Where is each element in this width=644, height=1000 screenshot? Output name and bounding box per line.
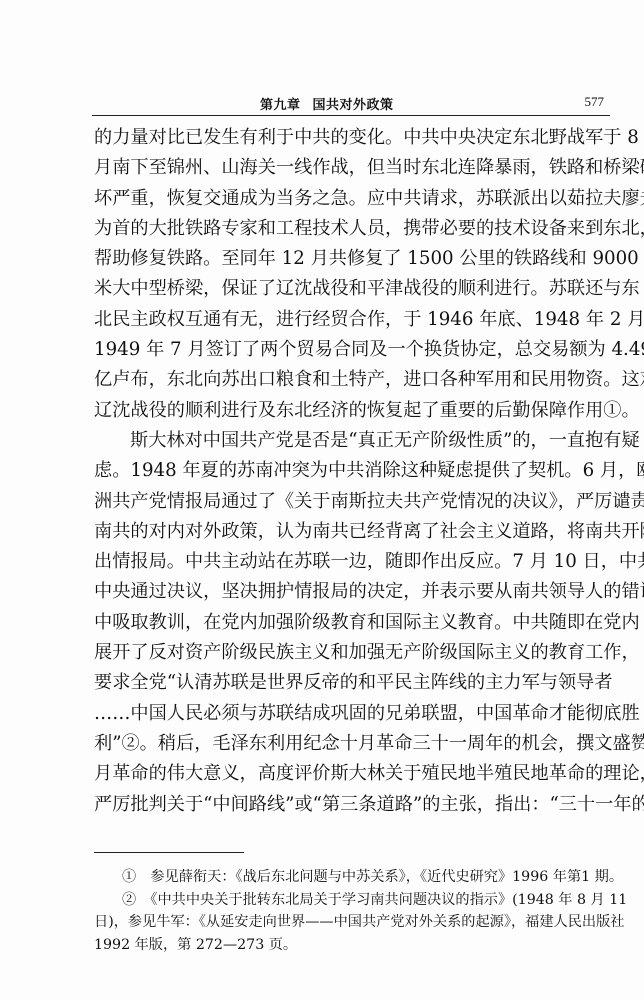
text-line: 月革命的伟大意义，高度评价斯大林关于殖民地半殖民地革命的理论， [94,759,610,789]
text-line: 的力量对比已发生有利于中共的变化。中共中央决定东北野战军于 8 [94,123,610,153]
footnote-rule [94,852,244,853]
chapter-number: 第九章 [260,98,301,113]
text-line: 展开了反对资产阶级民族主义和加强无产阶级国际主义的教育工作， [94,638,610,668]
text-line: 南共的对内对外政策，认为南共已经背离了社会主义道路，将南共开除 [94,517,610,547]
paragraph: 斯大林对中国共产党是否是“真正无产阶级性质”的，一直抱有疑虑。1948 年夏的苏… [94,426,610,820]
text-line: 为首的大批铁路专家和工程技术人员，携带必要的技术设备来到东北， [94,214,610,244]
text-line: 虑。1948 年夏的苏南冲突为中共消除这种疑虑提供了契机。6 月，欧 [94,456,610,486]
text-line: 帮助修复铁路。至同年 12 月共修复了 1500 公里的铁路线和 9000 多 [94,244,610,274]
text-line: 米大中型桥梁，保证了辽沈战役和平津战役的顺利进行。苏联还与东 [94,274,610,304]
chapter-title: 第九章国共对外政策 [260,94,394,113]
text-line: 出情报局。中共主动站在苏联一边，随即作出反应。7 月 10 日，中共 [94,547,610,577]
text-line: ……中国人民必须与苏联结成巩固的兄弟联盟，中国革命才能彻底胜 [94,699,610,729]
body-text: 的力量对比已发生有利于中共的变化。中共中央决定东北野战军于 8月南下至锦州、山海… [94,123,610,820]
text-line: 辽沈战役的顺利进行及东北经济的恢复起了重要的后勤保障作用①。 [94,396,610,426]
text-line: 中央通过决议，坚决拥护情报局的决定，并表示要从南共领导人的错误 [94,577,610,607]
chapter-name: 国共对外政策 [313,98,394,113]
footnote-line: 1992 年版，第 272—273 页。 [94,934,610,957]
header-rule [92,115,610,116]
footnotes: ① 参见薛衔天：《战后东北问题与中苏关系》，《近代史研究》1996 年第1 期。… [94,866,610,956]
text-line: 亿卢布，东北向苏出口粮食和土特产，进口各种军用和民用物资。这对 [94,365,610,395]
footnote: ② 《中共中央关于批转东北局关于学习南共问题决议的指示》(1948 年 8 月 … [94,889,610,957]
text-line: 坏严重，恢复交通成为当务之急。应中共请求，苏联派出以茹拉夫廖夫 [94,184,610,214]
text-line: 要求全党“认清苏联是世界反帝的和平民主阵线的主力军与领导者 [94,668,610,698]
running-head: 第九章国共对外政策 577 [94,92,608,114]
paragraph: 的力量对比已发生有利于中共的变化。中共中央决定东北野战军于 8月南下至锦州、山海… [94,123,610,426]
text-line: 洲共产党情报局通过了《关于南斯拉夫共产党情况的决议》，严厉谴责 [94,487,610,517]
footnote-line: 日)，参见牛军：《从延安走向世界——中国共产党对外关系的起源》，福建人民出版社 [94,911,610,934]
footnote-line: ① 参见薛衔天：《战后东北问题与中苏关系》，《近代史研究》1996 年第1 期。 [94,866,610,889]
page-number: 577 [585,94,605,110]
text-line: 月南下至锦州、山海关一线作战，但当时东北连降暴雨，铁路和桥梁破 [94,153,610,183]
book-page: 第九章国共对外政策 577 的力量对比已发生有利于中共的变化。中共中央决定东北野… [0,0,644,1000]
text-line: 中吸取教训，在党内加强阶级教育和国际主义教育。中共随即在党内 [94,608,610,638]
footnote-line: ② 《中共中央关于批转东北局关于学习南共问题决议的指示》(1948 年 8 月 … [94,889,610,912]
text-line: 利”②。稍后，毛泽东利用纪念十月革命三十一周年的机会，撰文盛赞十 [94,729,610,759]
footnote: ① 参见薛衔天：《战后东北问题与中苏关系》，《近代史研究》1996 年第1 期。 [94,866,610,889]
text-line: 严厉批判关于“中间路线”或“第三条道路”的主张，指出：“三十一年的历 [94,790,610,820]
text-line: 1949 年 7 月签订了两个贸易合同及一个换货协定，总交易额为 4.49 [94,335,610,365]
text-line: 北民主政权互通有无，进行经贸合作，于 1946 年底、1948 年 2 月和 [94,305,610,335]
text-line: 斯大林对中国共产党是否是“真正无产阶级性质”的，一直抱有疑 [94,426,610,456]
